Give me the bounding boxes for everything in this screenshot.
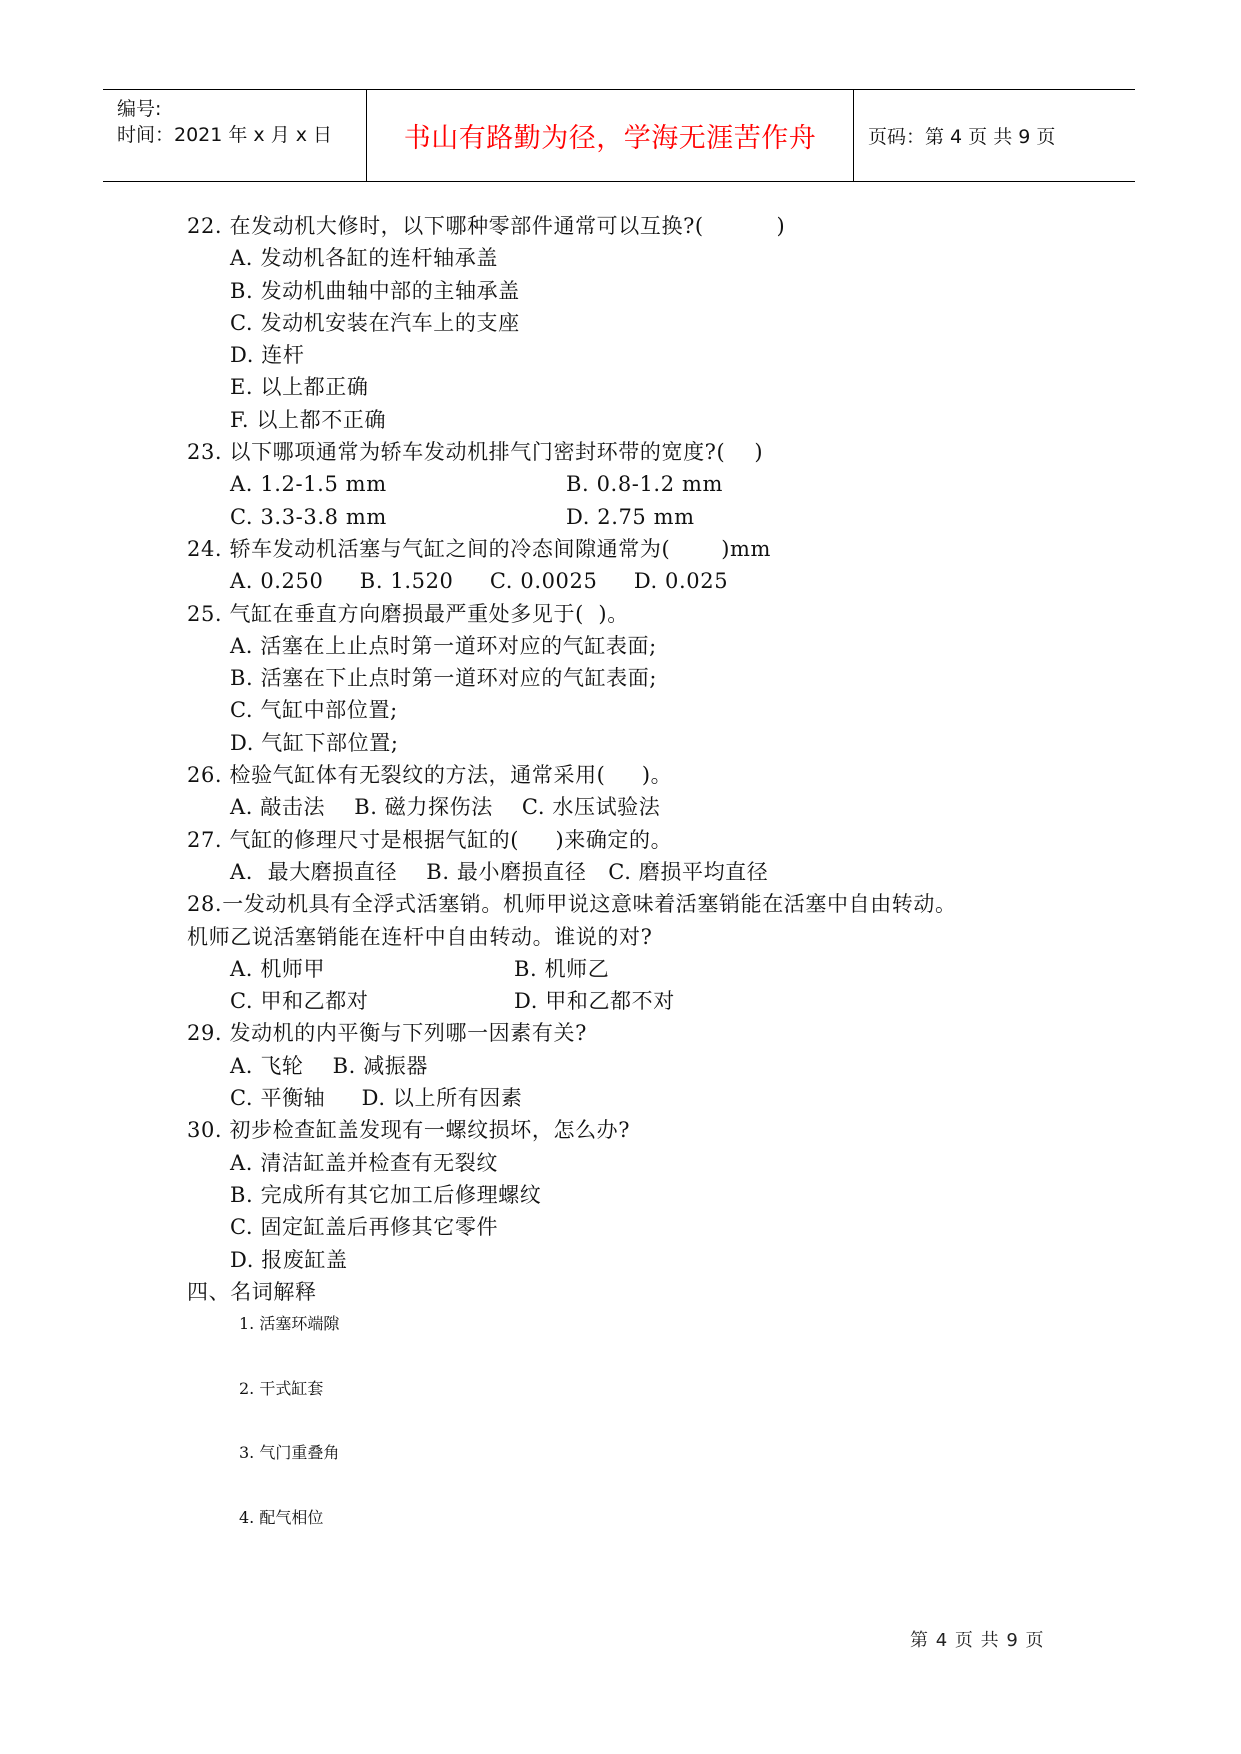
term-item: 3. 气门重叠角 bbox=[187, 1437, 1087, 1502]
question-stem-line2: 机师乙说活塞销能在连杆中自由转动。谁说的对? bbox=[187, 921, 1087, 953]
question-stem: 30. 初步检查缸盖发现有一螺纹损坏，怎么办? bbox=[187, 1114, 1087, 1146]
question-stem: 22. 在发动机大修时，以下哪种零部件通常可以互换?( ) bbox=[187, 210, 1087, 242]
header-motto-cell: 书山有路勤为径，学海无涯苦作舟 bbox=[367, 90, 854, 181]
option-row: A. 1.2-1.5 mm B. 0.8-1.2 mm bbox=[187, 468, 1087, 500]
section-term-definitions: 四、名词解释 1. 活塞环端隙 2. 干式缸套 3. 气门重叠角 4. 配气相位 bbox=[187, 1276, 1087, 1566]
term-item: 2. 干式缸套 bbox=[187, 1373, 1087, 1438]
header-page-cell: 页码：第 4 页 共 9 页 bbox=[854, 90, 1135, 181]
option-c: C. 固定缸盖后再修其它零件 bbox=[187, 1211, 1087, 1243]
option-b: B. 活塞在下止点时第一道环对应的气缸表面; bbox=[187, 662, 1087, 694]
document-body: 22. 在发动机大修时，以下哪种零部件通常可以互换?( ) A. 发动机各缸的连… bbox=[187, 210, 1087, 1566]
header-meta-cell: 编号: 时间：2021 年 x 月 x 日 bbox=[103, 90, 367, 181]
term-item: 1. 活塞环端隙 bbox=[187, 1308, 1087, 1373]
date-label: 时间：2021 年 x 月 x 日 bbox=[117, 120, 332, 147]
option-b: B. 0.8-1.2 mm bbox=[566, 468, 723, 500]
question-stem: 29. 发动机的内平衡与下列哪一因素有关? bbox=[187, 1017, 1087, 1049]
option-d: D. 连杆 bbox=[187, 339, 1087, 371]
question-29: 29. 发动机的内平衡与下列哪一因素有关? A. 飞轮 B. 减振器 C. 平衡… bbox=[187, 1017, 1087, 1114]
option-row: C. 3.3-3.8 mm D. 2.75 mm bbox=[187, 501, 1087, 533]
option-e: E. 以上都正确 bbox=[187, 371, 1087, 403]
option-a: A. 清洁缸盖并检查有无裂纹 bbox=[187, 1147, 1087, 1179]
option-a: A. 1.2-1.5 mm bbox=[230, 468, 566, 500]
option-c: C. 气缸中部位置; bbox=[187, 694, 1087, 726]
option-f: F. 以上都不正确 bbox=[187, 404, 1087, 436]
option-d: D. 甲和乙都不对 bbox=[514, 985, 675, 1017]
document-header: 编号: 时间：2021 年 x 月 x 日 书山有路勤为径，学海无涯苦作舟 页码… bbox=[103, 89, 1135, 182]
question-25: 25. 气缸在垂直方向磨损最严重处多见于( )。 A. 活塞在上止点时第一道环对… bbox=[187, 598, 1087, 759]
page-footer: 第 4 页 共 9 页 bbox=[910, 1626, 1045, 1652]
option-a: A. 活塞在上止点时第一道环对应的气缸表面; bbox=[187, 630, 1087, 662]
question-26: 26. 检验气缸体有无裂纹的方法，通常采用( )。 A. 敲击法 B. 磁力探伤… bbox=[187, 759, 1087, 824]
options-inline: A. 敲击法 B. 磁力探伤法 C. 水压试验法 bbox=[187, 791, 1087, 823]
question-22: 22. 在发动机大修时，以下哪种零部件通常可以互换?( ) A. 发动机各缸的连… bbox=[187, 210, 1087, 436]
term-item: 4. 配气相位 bbox=[187, 1502, 1087, 1567]
option-row-ab: A. 飞轮 B. 减振器 bbox=[187, 1050, 1087, 1082]
section-title: 四、名词解释 bbox=[187, 1276, 1087, 1308]
options-inline: A. 0.250 B. 1.520 C. 0.0025 D. 0.025 bbox=[187, 565, 1087, 597]
option-c: C. 甲和乙都对 bbox=[230, 985, 514, 1017]
question-stem: 25. 气缸在垂直方向磨损最严重处多见于( )。 bbox=[187, 598, 1087, 630]
option-a: A. 发动机各缸的连杆轴承盖 bbox=[187, 242, 1087, 274]
question-28: 28.一发动机具有全浮式活塞销。机师甲说这意味着活塞销能在活塞中自由转动。 机师… bbox=[187, 888, 1087, 1017]
serial-number-label: 编号: bbox=[117, 94, 161, 121]
option-b: B. 机师乙 bbox=[514, 953, 609, 985]
question-stem: 23. 以下哪项通常为轿车发动机排气门密封环带的宽度?( ) bbox=[187, 436, 1087, 468]
option-b: B. 发动机曲轴中部的主轴承盖 bbox=[187, 275, 1087, 307]
option-c: C. 3.3-3.8 mm bbox=[230, 501, 566, 533]
motto-text: 书山有路勤为径，学海无涯苦作舟 bbox=[404, 116, 817, 155]
option-c: C. 发动机安装在汽车上的支座 bbox=[187, 307, 1087, 339]
question-stem: 24. 轿车发动机活塞与气缸之间的冷态间隙通常为( )mm bbox=[187, 533, 1087, 565]
question-stem: 27. 气缸的修理尺寸是根据气缸的( )来确定的。 bbox=[187, 824, 1087, 856]
option-row: A. 机师甲 B. 机师乙 bbox=[187, 953, 1087, 985]
question-27: 27. 气缸的修理尺寸是根据气缸的( )来确定的。 A. 最大磨损直径 B. 最… bbox=[187, 824, 1087, 889]
option-d: D. 2.75 mm bbox=[566, 501, 695, 533]
option-d: D. 报废缸盖 bbox=[187, 1244, 1087, 1276]
option-d: D. 气缸下部位置; bbox=[187, 727, 1087, 759]
question-30: 30. 初步检查缸盖发现有一螺纹损坏，怎么办? A. 清洁缸盖并检查有无裂纹 B… bbox=[187, 1114, 1087, 1275]
option-row: C. 甲和乙都对 D. 甲和乙都不对 bbox=[187, 985, 1087, 1017]
options-inline: A. 最大磨损直径 B. 最小磨损直径 C. 磨损平均直径 bbox=[187, 856, 1087, 888]
question-stem-line1: 28.一发动机具有全浮式活塞销。机师甲说这意味着活塞销能在活塞中自由转动。 bbox=[187, 888, 1087, 920]
page-info: 页码：第 4 页 共 9 页 bbox=[868, 122, 1055, 149]
question-24: 24. 轿车发动机活塞与气缸之间的冷态间隙通常为( )mm A. 0.250 B… bbox=[187, 533, 1087, 598]
question-stem: 26. 检验气缸体有无裂纹的方法，通常采用( )。 bbox=[187, 759, 1087, 791]
option-b: B. 完成所有其它加工后修理螺纹 bbox=[187, 1179, 1087, 1211]
option-a: A. 机师甲 bbox=[230, 953, 514, 985]
question-23: 23. 以下哪项通常为轿车发动机排气门密封环带的宽度?( ) A. 1.2-1.… bbox=[187, 436, 1087, 533]
option-row-cd: C. 平衡轴 D. 以上所有因素 bbox=[187, 1082, 1087, 1114]
